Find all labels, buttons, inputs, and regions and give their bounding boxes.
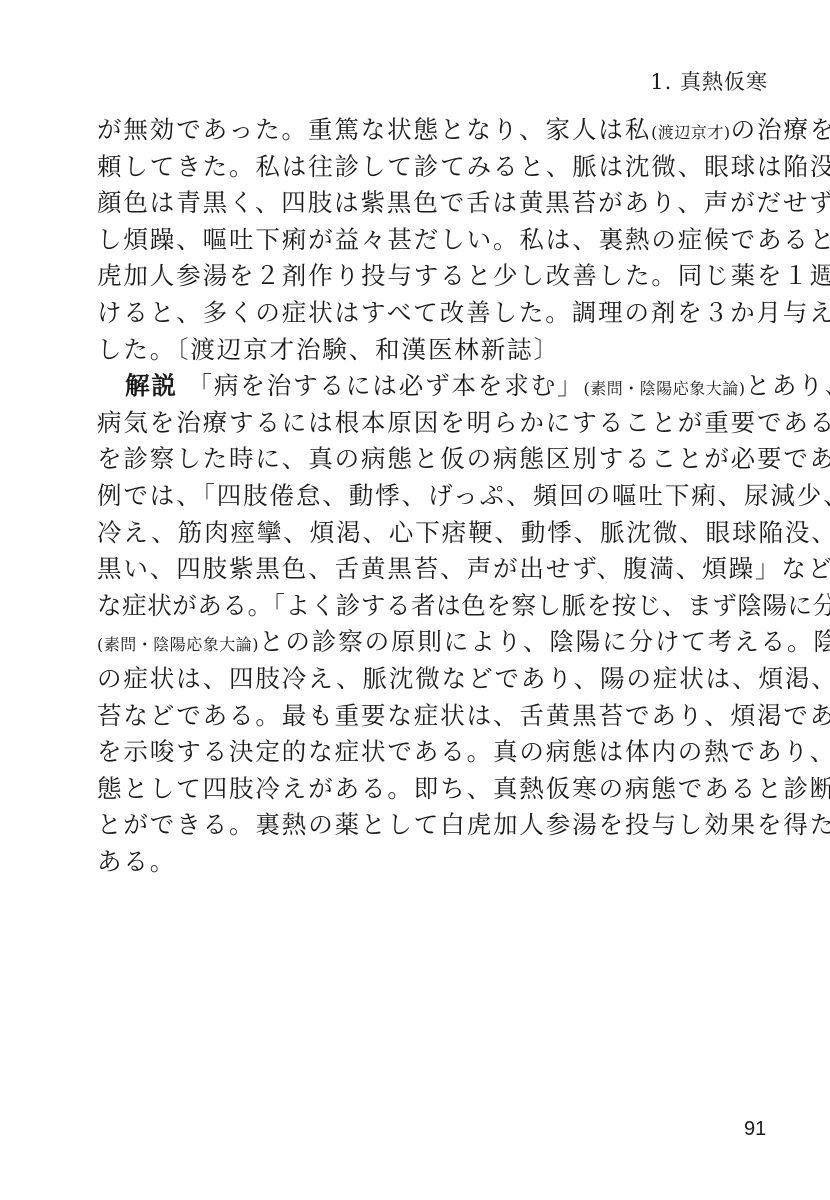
annotation: (素問・陰陽応象大論) [584, 379, 746, 398]
text-line: 黒い、四肢紫黒色、舌黄黒苔、声が出せず、腹満、煩躁」などの多彩 [97, 551, 777, 588]
text-line: 解説 「病を治するには必ず本を求む」(素問・陰陽応象大論)とあり、 [97, 368, 777, 405]
text-line: を示唆する決定的な症状である。真の病態は体内の熱であり、仮の病 [97, 734, 777, 771]
text-line: が無効であった。重篤な状態となり、家人は私(渡辺京才)の治療を依 [97, 112, 777, 149]
text-line: 顔色は青黒く、四肢は紫黒色で舌は黄黒苔があり、声がだせず、腹満 [97, 185, 777, 222]
page-body: が無効であった。重篤な状態となり、家人は私(渡辺京才)の治療を依 頼してきた。私… [97, 112, 777, 880]
text-line: 病気を治療するには根本原因を明らかにすることが重要である。病人 [97, 405, 777, 442]
quote: 「病を治するには必ず本を求む」 [188, 371, 584, 400]
text-line: の症状は、四肢冷え、脈沈微などであり、陽の症状は、煩渇、舌黄黒 [97, 661, 777, 698]
text-span: の治療を依 [731, 115, 830, 144]
text-line: 冷え、筋肉痙攣、煩渇、心下痞鞕、動悸、脈沈微、眼球陥没、顔色青 [97, 515, 777, 552]
commentary-heading: 解説 [125, 371, 178, 400]
annotation: (渡辺京才) [651, 123, 731, 142]
text-span: が無効であった。重篤な状態となり、家人は私 [97, 115, 651, 144]
text-line: 苔などである。最も重要な症状は、舌黄黒苔であり、煩渇であり、熱 [97, 698, 777, 735]
text-span: とあり、 [746, 371, 830, 400]
text-line: けると、多くの症状はすべて改善した。調理の剤を３か月与えて全治 [97, 295, 777, 332]
text-span: との診察の原則により、陰陽に分けて考える。陰 [259, 627, 830, 656]
text-line: し煩躁、嘔吐下痢が益々甚だしい。私は、裏熱の症候であるとして白 [97, 222, 777, 259]
annotation: (素問・陰陽応象大論) [97, 635, 259, 654]
text-line: ある。 [97, 844, 777, 881]
text-line: 虎加人参湯を２剤作り投与すると少し改善した。同じ薬を１週間続 [97, 258, 777, 295]
text-line: を診察した時に、真の病態と仮の病態区別することが必要である。本 [97, 441, 777, 478]
text-line: 態として四肢冷えがある。即ち、真熱仮寒の病態であると診断するこ [97, 771, 777, 808]
text-line: (素問・陰陽応象大論)との診察の原則により、陰陽に分けて考える。陰 [97, 624, 777, 661]
text-line: 頼してきた。私は往診して診てみると、脈は沈微、眼球は陥没して、 [97, 149, 777, 186]
page-number: 91 [744, 1118, 766, 1141]
running-header: 1. 真熱仮寒 [650, 66, 768, 96]
text-line: な症状がある。「よく診する者は色を察し脈を按じ、まず陰陽に分ける」 [97, 588, 777, 625]
text-line: した。〔渡辺京才治験、和漢医林新誌〕 [97, 332, 777, 369]
text-line: とができる。裏熱の薬として白虎加人参湯を投与し効果を得たもので [97, 807, 777, 844]
text-line: 例では、「四肢倦怠、動悸、げっぷ、頻回の嘔吐下痢、尿減少、四肢 [97, 478, 777, 515]
